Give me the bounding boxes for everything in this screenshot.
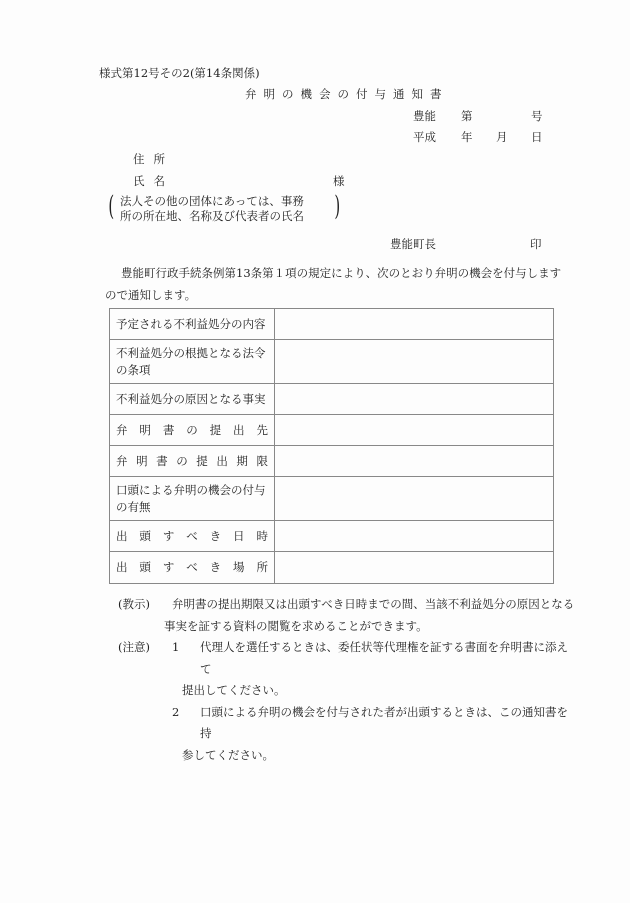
ref-dai: 第 (461, 108, 473, 124)
row-value-field[interactable] (275, 309, 554, 340)
label-char: 頭 (139, 559, 151, 576)
label-char: 出 (116, 559, 128, 576)
row-label: 不利益処分の根拠となる法令の条項 (110, 340, 275, 384)
caution-1-line1: 代理人を選任するときは、委任状等代理権を証する書面を弁明書に添えて (118, 637, 578, 680)
row-label-spaced: 出頭すべき日時 (116, 528, 268, 545)
mayor-title: 豊能町長 (390, 236, 436, 252)
reference-number-line: 豊能 第 号 (413, 108, 543, 124)
instruction-line2: 事実を証する資料の閲覧を求めることができます。 (118, 616, 578, 638)
caution-tag: (注意) (118, 637, 150, 659)
date-line: 平成 年 月 日 (413, 129, 543, 145)
caution-1-number: 1 (172, 637, 179, 659)
intro-line2: ので通知します。 (105, 284, 565, 306)
table-row: 不利益処分の原因となる事実 (110, 384, 554, 415)
corporate-note-line1: 法人その他の団体にあっては、事務 (120, 194, 304, 209)
instruction-tag: (教示) (118, 594, 150, 616)
label-char: 書 (156, 453, 168, 470)
label-char: 期 (236, 453, 248, 470)
label-char: 明 (136, 453, 148, 470)
row-label: 予定される不利益処分の内容 (110, 309, 275, 340)
label-char: 所 (256, 559, 268, 576)
ref-go: 号 (531, 108, 543, 124)
table-row: 予定される不利益処分の内容 (110, 309, 554, 340)
table-row: 口頭による弁明の機会の付与の有無 (110, 477, 554, 521)
row-value-field[interactable] (275, 340, 554, 384)
corporate-note-line2: 所の所在地、名称及び代表者の氏名 (120, 209, 304, 224)
date-era: 平成 (413, 129, 436, 145)
notes-section: (教示) 弁明書の提出期限又は出頭すべき日時までの間、当該不利益処分の原因となる… (118, 594, 578, 766)
address-label: 住所 (133, 151, 174, 167)
row-label: 不利益処分の原因となる事実 (110, 384, 275, 415)
row-value-field[interactable] (275, 552, 554, 584)
label-char: 提 (210, 422, 222, 439)
instruction-line1: 弁明書の提出期限又は出頭すべき日時までの間、当該不利益処分の原因となる (118, 594, 578, 616)
document-title: 弁明の機会の付与通知書 (245, 86, 449, 102)
row-label: 弁明書の提出先 (110, 415, 275, 446)
intro-line1: 豊能町行政手続条例第13条第１項の規定により、次のとおり弁明の機会を付与します (105, 262, 565, 284)
seal-mark: 印 (530, 236, 542, 252)
date-year: 年 (461, 129, 473, 145)
row-label-spaced: 出頭すべき場所 (116, 559, 268, 576)
label-char: 提 (196, 453, 208, 470)
date-month: 月 (496, 129, 508, 145)
caution-2-number: 2 (172, 702, 179, 724)
label-char: き (210, 559, 222, 576)
notice-details-table: 予定される不利益処分の内容不利益処分の根拠となる法令の条項不利益処分の原因となる… (109, 308, 554, 584)
label-char: 出 (216, 453, 228, 470)
label-char: 明 (139, 422, 151, 439)
row-label: 弁明書の提出期限 (110, 446, 275, 477)
label-char: 日 (233, 528, 245, 545)
row-label: 出頭すべき日時 (110, 521, 275, 552)
table-row: 弁明書の提出先 (110, 415, 554, 446)
form-number: 様式第12号その2(第14条関係) (99, 65, 260, 81)
caution-2-line2: 参してください。 (118, 745, 578, 767)
label-char: 先 (256, 422, 268, 439)
label-char: す (163, 528, 175, 545)
label-char: 出 (116, 528, 128, 545)
caution-note-2: 2 口頭による弁明の機会を付与された者が出頭するときは、この通知書を持 参してく… (118, 702, 578, 767)
label-char: 弁 (116, 453, 128, 470)
name-label: 氏名 (133, 173, 174, 189)
honorific: 様 (333, 173, 345, 189)
row-label-spaced: 弁明書の提出期限 (116, 453, 268, 470)
intro-paragraph: 豊能町行政手続条例第13条第１項の規定により、次のとおり弁明の機会を付与します … (105, 262, 565, 306)
row-label: 出頭すべき場所 (110, 552, 275, 584)
caution-note-1: (注意) 1 代理人を選任するときは、委任状等代理権を証する書面を弁明書に添えて… (118, 637, 578, 702)
date-day: 日 (531, 129, 543, 145)
table-row: 出頭すべき日時 (110, 521, 554, 552)
row-value-field[interactable] (275, 384, 554, 415)
label-char: 時 (256, 528, 268, 545)
instruction-note: (教示) 弁明書の提出期限又は出頭すべき日時までの間、当該不利益処分の原因となる… (118, 594, 578, 637)
table-row: 弁明書の提出期限 (110, 446, 554, 477)
label-char: 書 (163, 422, 175, 439)
row-label: 口頭による弁明の機会の付与の有無 (110, 477, 275, 521)
label-char: 場 (233, 559, 245, 576)
caution-1-line2: 提出してください。 (118, 680, 578, 702)
label-char: す (163, 559, 175, 576)
label-char: べ (186, 528, 198, 545)
table-row: 出頭すべき場所 (110, 552, 554, 584)
caution-2-line1: 口頭による弁明の機会を付与された者が出頭するときは、この通知書を持 (118, 702, 578, 745)
bracket-open: ( (108, 191, 114, 223)
row-value-field[interactable] (275, 477, 554, 521)
label-char: き (210, 528, 222, 545)
label-char: べ (186, 559, 198, 576)
label-char: 限 (256, 453, 268, 470)
row-value-field[interactable] (275, 446, 554, 477)
label-char: 弁 (116, 422, 128, 439)
label-char: 頭 (139, 528, 151, 545)
label-char: の (176, 453, 188, 470)
row-label-spaced: 弁明書の提出先 (116, 422, 268, 439)
ref-prefix: 豊能 (413, 108, 436, 124)
table-row: 不利益処分の根拠となる法令の条項 (110, 340, 554, 384)
label-char: の (186, 422, 198, 439)
row-value-field[interactable] (275, 521, 554, 552)
label-char: 出 (233, 422, 245, 439)
bracket-close: ) (334, 191, 340, 223)
row-value-field[interactable] (275, 415, 554, 446)
